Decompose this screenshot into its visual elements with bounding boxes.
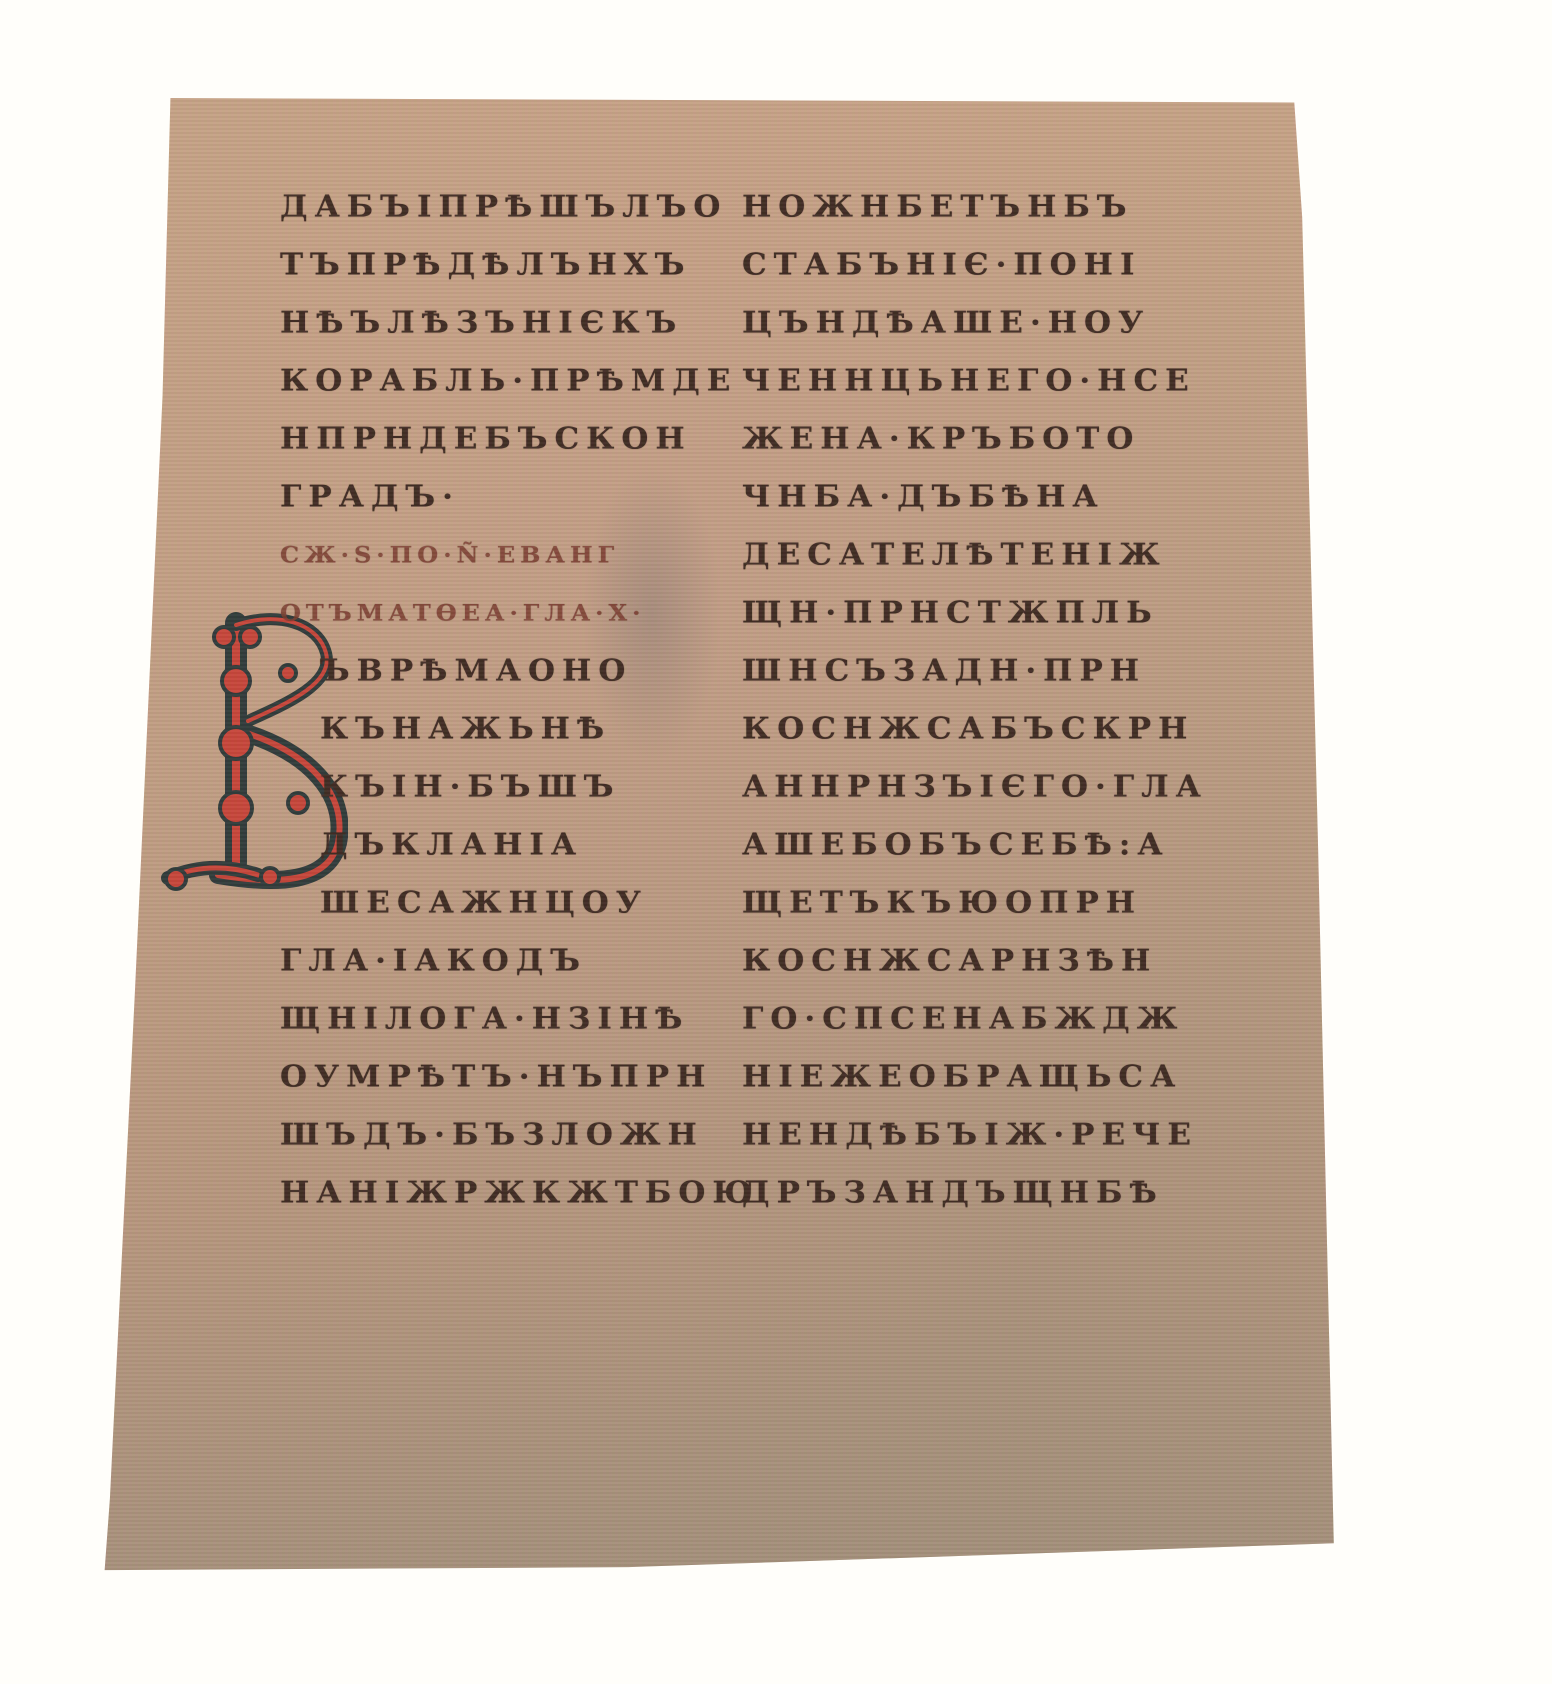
text-line: ГРАДЪ· bbox=[280, 469, 750, 524]
photo-background: ДАБЪІПРѢШЪЛЪО ТЪПРѢДѢЛЪНХЪ НѢЪЛѢЗЪНІЄКЪ … bbox=[0, 0, 1552, 1684]
text-line: ЪВРѢМАОНО bbox=[280, 643, 750, 698]
text-line: ЩН·ПРНСТЖПЛЬ bbox=[742, 585, 1222, 640]
text-line: КОРАБЛЬ·ПРѢМДЕ bbox=[280, 353, 750, 408]
text-line: КОСНЖСАБЪСКРН bbox=[742, 701, 1222, 756]
text-line: СТАБЪНІЄ·ПОНІ bbox=[742, 237, 1222, 292]
text-line: НАНІЖРЖКЖТБОЮ bbox=[280, 1165, 750, 1220]
text-line: ШЕСАЖНЦОУ bbox=[280, 875, 750, 930]
rubric-line: ОТЪМАТѲЕА·ГЛА·Х· bbox=[280, 585, 750, 640]
text-line: ДАБЪІПРѢШЪЛЪО bbox=[280, 179, 750, 234]
text-line: ЧЕННЦЬНЕГО·НСЕ bbox=[742, 353, 1222, 408]
text-line: АННРНЗЪІЄГО·ГЛА bbox=[742, 759, 1222, 814]
text-line: ОУМРѢТЪ·НЪПРН bbox=[280, 1049, 750, 1104]
text-line: ЦЪНДѢАШЕ·НОУ bbox=[742, 295, 1222, 350]
text-line: ДЪКЛАНІА bbox=[280, 817, 750, 872]
text-line: ТЪПРѢДѢЛЪНХЪ bbox=[280, 237, 750, 292]
text-line: ДРЪЗАНДЪЩНБѢ bbox=[742, 1165, 1222, 1220]
text-line: ШНСЪЗАДН·ПРН bbox=[742, 643, 1222, 698]
text-line: ДЕСАТЕЛѢТЕНІЖ bbox=[742, 527, 1222, 582]
text-line: КОСНЖСАРНЗѢН bbox=[742, 933, 1222, 988]
manuscript-page: ДАБЪІПРѢШЪЛЪО ТЪПРѢДѢЛЪНХЪ НѢЪЛѢЗЪНІЄКЪ … bbox=[102, 98, 1418, 1588]
text-line: НѢЪЛѢЗЪНІЄКЪ bbox=[280, 295, 750, 350]
text-line: АШЕБОБЪСЕБѢ:А bbox=[742, 817, 1222, 872]
left-text-column: ДАБЪІПРѢШЪЛЪО ТЪПРѢДѢЛЪНХЪ НѢЪЛѢЗЪНІЄКЪ … bbox=[280, 178, 750, 1222]
text-line: НОЖНБЕТЪНБЪ bbox=[742, 179, 1222, 234]
text-line: НІЕЖЕОБРАЩЬСА bbox=[742, 1049, 1222, 1104]
text-line: ЩНІЛОГА·НЗІНѢ bbox=[280, 991, 750, 1046]
rubric-line: СЖ·Ѕ·ПО·Ñ·ЕВАНГ bbox=[280, 527, 750, 582]
text-line: КЪНАЖЬНѢ bbox=[280, 701, 750, 756]
text-line: ЖЕНА·КРЪБОТО bbox=[742, 411, 1222, 466]
text-line: КЪІН·БЪШЪ bbox=[280, 759, 750, 814]
right-text-column: НОЖНБЕТЪНБЪ СТАБЪНІЄ·ПОНІ ЦЪНДѢАШЕ·НОУ Ч… bbox=[742, 178, 1222, 1222]
text-line: ГЛА·ІАКОДЪ bbox=[280, 933, 750, 988]
text-line: ЩЕТЪКЪЮОПРН bbox=[742, 875, 1222, 930]
text-line: ШЪДЪ·БЪЗЛОЖН bbox=[280, 1107, 750, 1162]
text-line: ЧНБА·ДЪБѢНА bbox=[742, 469, 1222, 524]
text-line: ГО·СПСЕНАБЖДЖ bbox=[742, 991, 1222, 1046]
text-line: НПРНДЕБЪСКОН bbox=[280, 411, 750, 466]
text-line: НЕНДѢБЪІЖ·РЕЧЕ bbox=[742, 1107, 1222, 1162]
